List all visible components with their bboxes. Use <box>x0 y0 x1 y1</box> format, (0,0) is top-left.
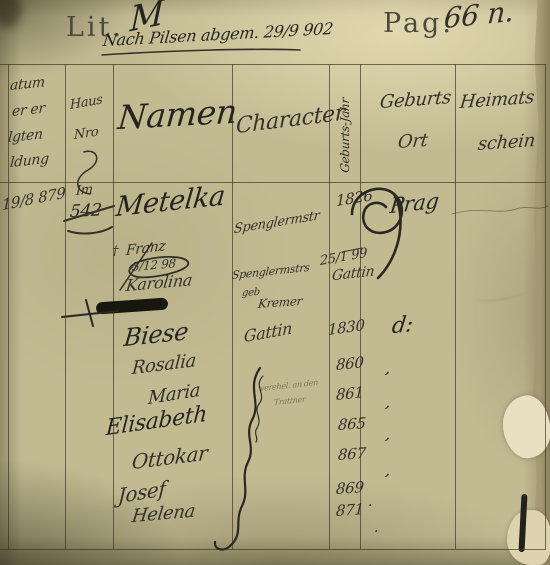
header-haus-line2: Nro <box>74 125 98 144</box>
child-ort-ditto-mark: , <box>384 424 393 444</box>
page-number: 66 n. <box>443 0 515 35</box>
wife2-character: Gattin <box>244 318 293 346</box>
death-cross-vertical <box>86 300 93 326</box>
child-birth-year: 869 <box>335 478 364 498</box>
child-ort-ditto-mark: . <box>368 494 372 510</box>
child-birth-year: 860 <box>336 353 364 374</box>
child-name: Rosalia <box>131 350 197 379</box>
register-page-scan: Lit. M Pag. 66 n. Nach Pilsen abgem. 29/… <box>0 0 550 565</box>
child-birth-year: 861 <box>336 383 364 404</box>
header-datum-line1: atum <box>9 74 45 94</box>
header-haus-line1: Haus <box>70 92 103 113</box>
table-bottom-border <box>0 549 546 550</box>
child-ort-ditto-mark: . <box>374 520 378 536</box>
col-line-datum-haus <box>65 64 66 549</box>
house-number-underline-stroke <box>68 227 112 234</box>
col-line-jahr-ort <box>360 64 361 549</box>
wife1-maiden-prefix: geb <box>241 287 260 299</box>
header-heimatschein-line1: Heimats <box>459 87 535 113</box>
child-name: Ottokar <box>131 441 209 475</box>
col-line-right <box>545 64 546 549</box>
header-datum-line3: lgten <box>7 126 43 146</box>
marriage-note-line1: verehel. an den <box>260 378 318 393</box>
registration-date: 19/8 879 <box>2 184 66 215</box>
redacted-ink-blot <box>96 298 169 315</box>
wife1-name: Karolina <box>125 270 194 295</box>
corner-stain <box>0 0 22 28</box>
header-datum-line2: er er <box>11 100 45 120</box>
house-prefix: Im <box>75 182 93 199</box>
child-ort-ditto-mark: , <box>384 392 393 412</box>
col-line-namen-character <box>232 64 233 549</box>
table-top-border <box>0 64 546 65</box>
head-character: Spenglermstr <box>233 208 320 237</box>
ink-strokes-overlay <box>0 0 550 565</box>
header-datum-line4: ldung <box>9 151 49 171</box>
child-birth-year: 865 <box>337 414 366 434</box>
header-geburtsort-line1: Geburts <box>379 87 452 113</box>
child-ort-ditto-mark: , <box>384 460 393 480</box>
header-namen: Namen <box>116 92 238 137</box>
col-line-character-jahr <box>329 64 330 549</box>
child-ort-ditto-mark: , <box>384 358 393 378</box>
wife1-character-line2: Gattin <box>331 263 375 284</box>
children-brace <box>215 368 260 549</box>
head-first-name: Franz <box>125 238 166 259</box>
paper-crack-line <box>452 206 548 214</box>
wife1-character-line1: Spenglermstrs <box>231 261 310 282</box>
child-birth-year: 871 <box>335 500 364 520</box>
death-cross-mark: † <box>112 244 118 259</box>
header-geburts-jahr: Geburts-Jahr <box>338 97 352 173</box>
wife2-birth-place-ditto: d: <box>390 312 414 339</box>
wife2-name: Biese <box>123 317 190 352</box>
header-geburtsort-line2: Ort <box>397 130 429 153</box>
header-heimatschein-line2: schein <box>477 130 536 155</box>
child-name: Helena <box>131 500 197 527</box>
torn-right-edge <box>531 0 550 565</box>
family-name: Metelka <box>114 180 226 223</box>
head-birth-year: 1826 <box>336 186 373 210</box>
col-line-ort-heimatschein <box>455 64 456 549</box>
note-underline-stroke <box>102 49 300 55</box>
torn-paper-patch-bottom <box>507 510 550 565</box>
head-birth-place: Prag <box>389 189 440 219</box>
marriage-note-line2: Trattner <box>274 395 306 407</box>
house-number: 542 <box>69 200 102 222</box>
child-birth-year: 867 <box>337 444 366 464</box>
faint-pencil-mark <box>475 284 530 304</box>
wife1-maiden-name: Kremer <box>257 294 303 311</box>
